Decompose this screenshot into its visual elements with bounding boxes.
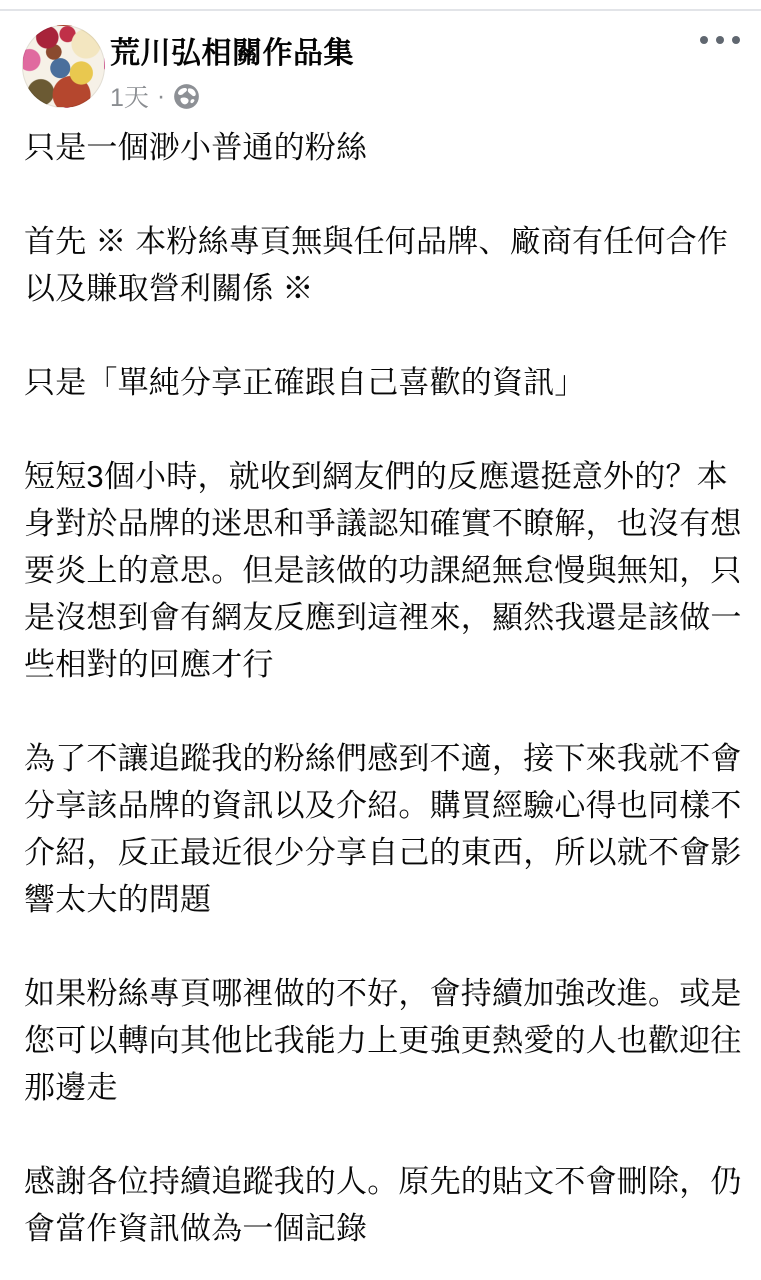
page-avatar[interactable] (22, 25, 105, 108)
post-paragraph: 為了不讓追蹤我的粉絲們感到不適，接下來我就不會分享該品牌的資訊以及介紹。購買經驗… (24, 735, 761, 923)
meta-separator: · (157, 82, 165, 111)
post-paragraph: 感謝各位持續追蹤我的人。原先的貼文不會刪除，仍會當作資訊做為一個記錄 (24, 1158, 761, 1252)
post-paragraph: 短短3個小時，就收到網友們的反應還挺意外的？本身對於品牌的迷思和爭議認知確實不瞭… (24, 453, 761, 688)
post-options-button[interactable] (696, 26, 744, 54)
post-paragraph: 只是「單純分享正確跟自己喜歡的資訊」 (24, 359, 761, 406)
timestamp[interactable]: 1天 (110, 78, 149, 114)
post-paragraph: 首先 ※ 本粉絲專頁無與任何品牌、廠商有任何合作以及賺取營利關係 ※ (24, 218, 761, 312)
ellipsis-icon (732, 36, 740, 44)
ellipsis-icon (716, 36, 724, 44)
ellipsis-icon (700, 36, 708, 44)
post-paragraph: 如果粉絲專頁哪裡做的不好，會持續加強改進。或是您可以轉向其他比我能力上更強更熱愛… (24, 970, 761, 1111)
page-name[interactable]: 荒川弘相關作品集 (110, 28, 354, 72)
post-meta: 1天 · (110, 78, 200, 114)
post-paragraph: 只是一個渺小普通的粉絲 (24, 124, 761, 171)
post-text: 只是一個渺小普通的粉絲首先 ※ 本粉絲專頁無與任何品牌、廠商有任何合作以及賺取營… (24, 124, 761, 1252)
globe-icon (173, 83, 200, 110)
post-header: 荒川弘相關作品集 1天 · (0, 0, 761, 120)
